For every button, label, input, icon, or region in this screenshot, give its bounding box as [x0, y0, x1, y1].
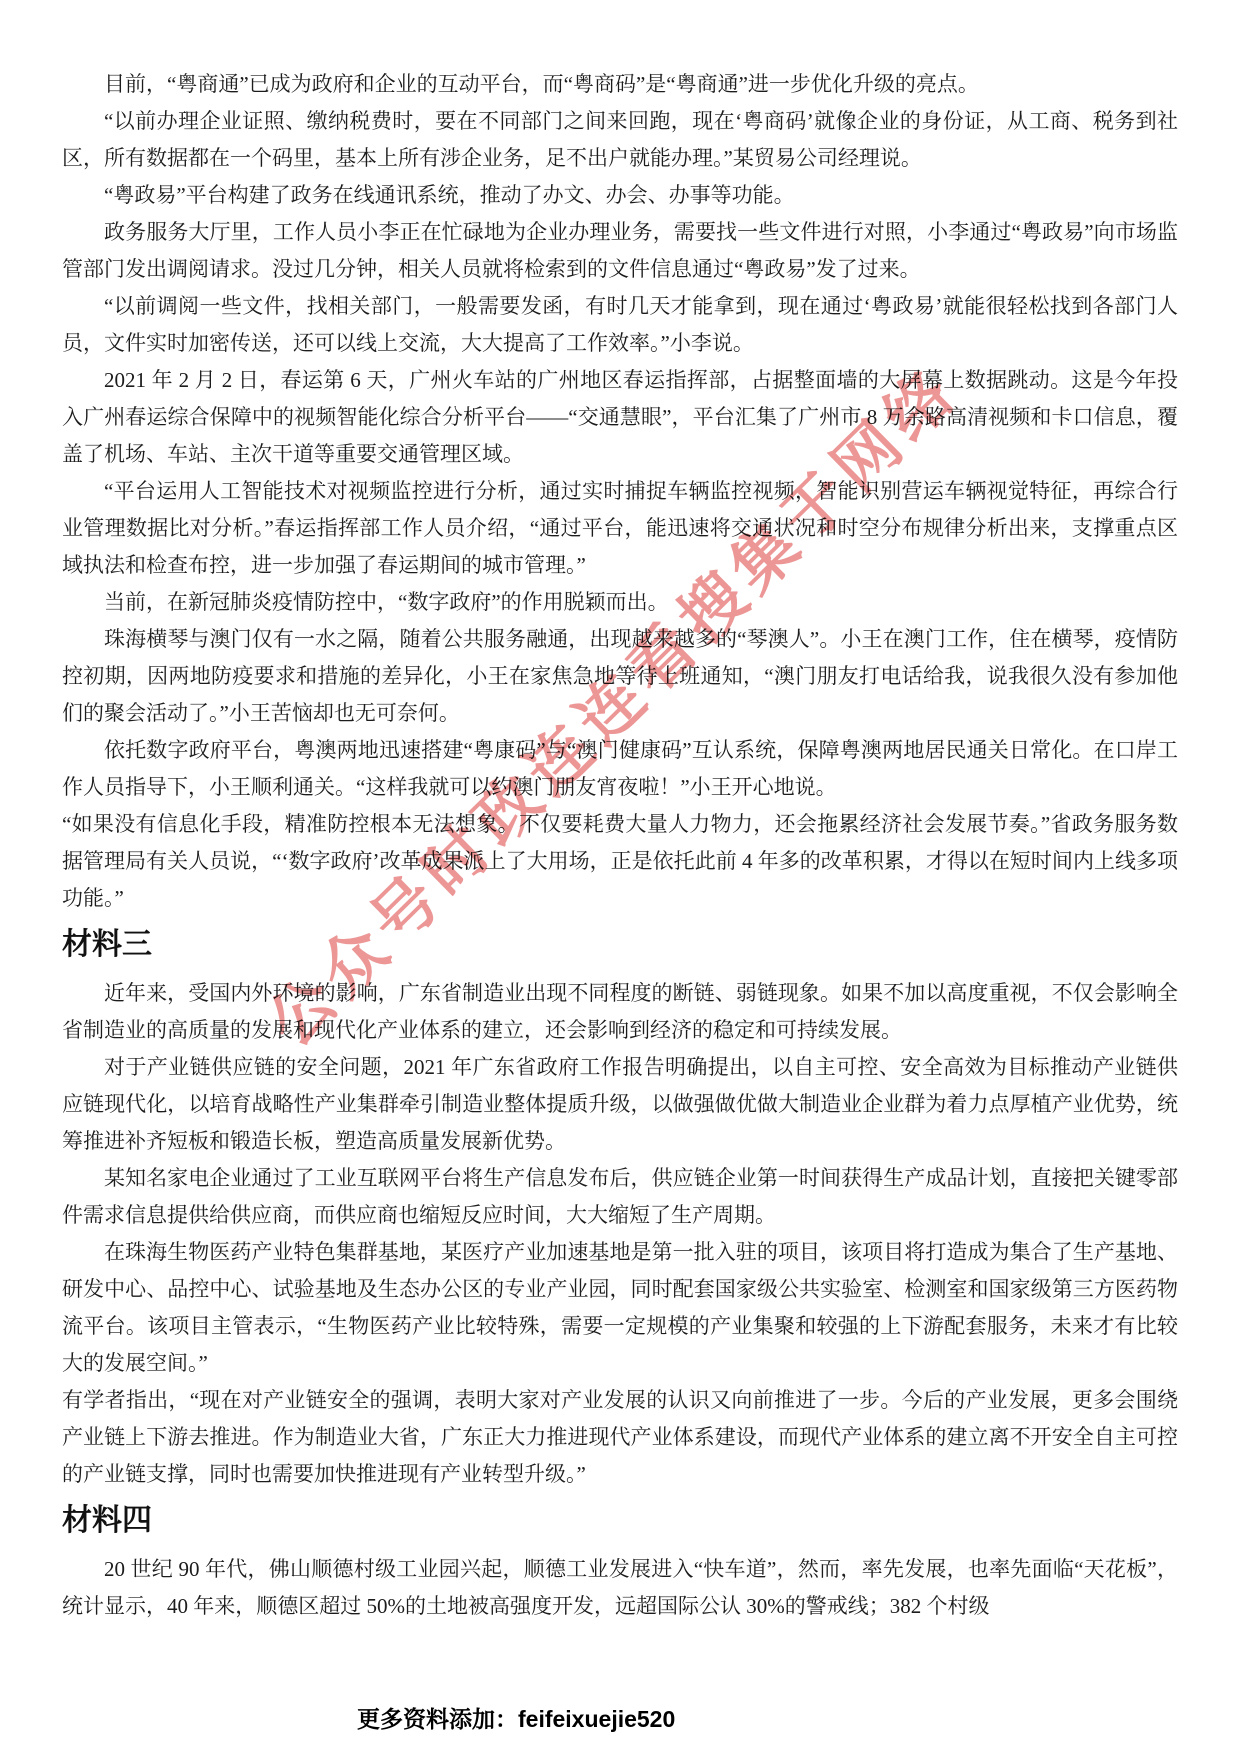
paragraph: “以前调阅一些文件，找相关部门，一般需要发函，有时几天才能拿到，现在通过‘粤政易…: [62, 288, 1178, 362]
paragraph: 依托数字政府平台，粤澳两地迅速搭建“粤康码”与“澳门健康码”互认系统，保障粤澳两…: [62, 732, 1178, 806]
paragraph: 有学者指出，“现在对产业链安全的强调，表明大家对产业发展的认识又向前推进了一步。…: [62, 1382, 1178, 1493]
paragraph: 对于产业链供应链的安全问题，2021 年广东省政府工作报告明确提出，以自主可控、…: [62, 1049, 1178, 1160]
material-heading: 材料三: [62, 922, 1178, 968]
paragraph: 20 世纪 90 年代，佛山顺德村级工业园兴起，顺德工业发展进入“快车道”，然而…: [62, 1551, 1178, 1625]
document-page: 目前，“粤商通”已成为政府和企业的互动平台，而“粤商码”是“粤商通”进一步优化升…: [0, 0, 1240, 1754]
paragraph: 珠海横琴与澳门仅有一水之隔，随着公共服务融通，出现越来越多的“琴澳人”。小王在澳…: [62, 621, 1178, 732]
document-body: 目前，“粤商通”已成为政府和企业的互动平台，而“粤商码”是“粤商通”进一步优化升…: [62, 66, 1178, 1625]
paragraph: 2021 年 2 月 2 日，春运第 6 天，广州火车站的广州地区春运指挥部，占…: [62, 362, 1178, 473]
paragraph: 某知名家电企业通过了工业互联网平台将生产信息发布后，供应链企业第一时间获得生产成…: [62, 1160, 1178, 1234]
paragraph: 近年来，受国内外环境的影响，广东省制造业出现不同程度的断链、弱链现象。如果不加以…: [62, 975, 1178, 1049]
footer-label: 更多资料添加：: [357, 1707, 518, 1732]
paragraph: 政务服务大厅里，工作人员小李正在忙碌地为企业办理业务，需要找一些文件进行对照，小…: [62, 214, 1178, 288]
paragraph: “以前办理企业证照、缴纳税费时，要在不同部门之间来回跑，现在‘粤商码’就像企业的…: [62, 103, 1178, 177]
paragraph: “如果没有信息化手段，精准防控根本无法想象。不仅要耗费大量人力物力，还会拖累经济…: [62, 806, 1178, 917]
paragraph: “粤政易”平台构建了政务在线通讯系统，推动了办文、办会、办事等功能。: [62, 177, 1178, 214]
paragraph: “平台运用人工智能技术对视频监控进行分析，通过实时捕捉车辆监控视频，智能识别营运…: [62, 473, 1178, 584]
paragraph: 当前，在新冠肺炎疫情防控中，“数字政府”的作用脱颖而出。: [62, 584, 1178, 621]
material-heading: 材料四: [62, 1498, 1178, 1544]
footer-account-id: feifeixuejie520: [518, 1706, 675, 1732]
paragraph: 目前，“粤商通”已成为政府和企业的互动平台，而“粤商码”是“粤商通”进一步优化升…: [62, 66, 1178, 103]
page-footer: 更多资料添加：feifeixuejie520: [357, 1703, 675, 1736]
paragraph: 在珠海生物医药产业特色集群基地，某医疗产业加速基地是第一批入驻的项目，该项目将打…: [62, 1234, 1178, 1382]
